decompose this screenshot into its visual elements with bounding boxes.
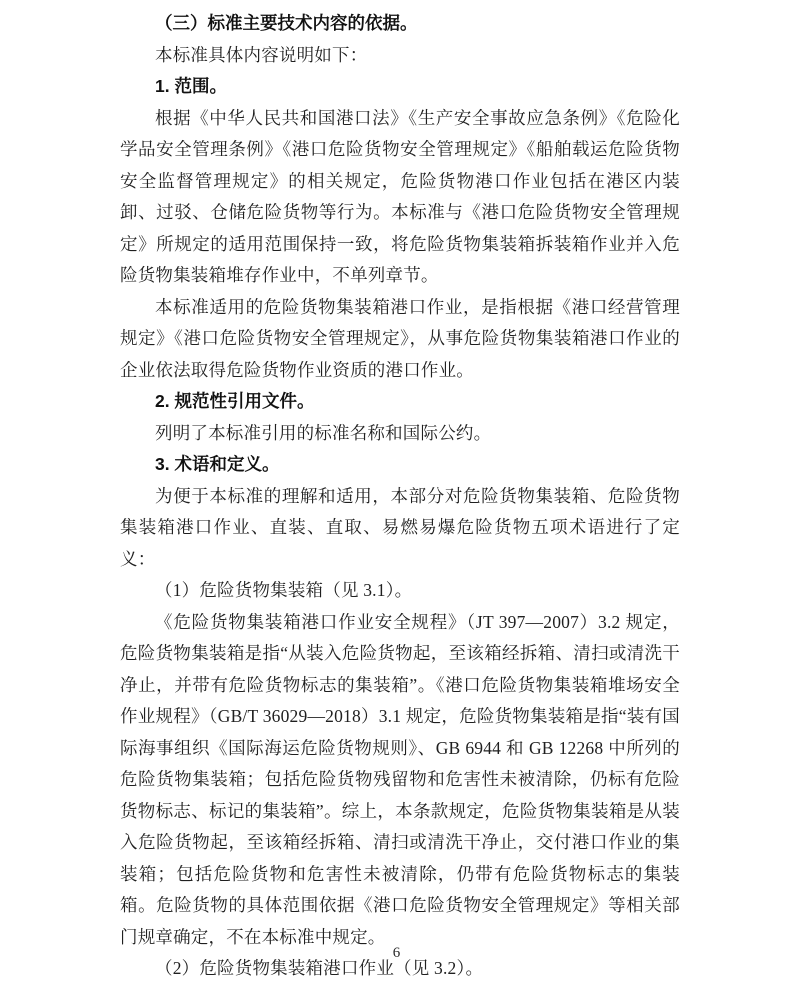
paragraph-term-1-explanation: 《危险货物集装箱港口作业安全规程》（JT 397—2007）3.2 规定，危险货… [120, 607, 680, 954]
section-heading-scope: 1. 范围。 [120, 71, 680, 103]
paragraph-terms-intro: 为便于本标准的理解和适用，本部分对危险货物集装箱、危险货物集装箱港口作业、直装、… [120, 481, 680, 576]
document-content: （三）标准主要技术内容的依据。 本标准具体内容说明如下： 1. 范围。 根据《中… [120, 8, 680, 985]
section-heading-basis: （三）标准主要技术内容的依据。 [120, 8, 680, 40]
document-page: （三）标准主要技术内容的依据。 本标准具体内容说明如下： 1. 范围。 根据《中… [0, 0, 793, 986]
paragraph-intro: 本标准具体内容说明如下： [120, 40, 680, 72]
page-number: 6 [0, 945, 793, 962]
section-heading-normative-references: 2. 规范性引用文件。 [120, 386, 680, 418]
paragraph-term-1-title: （1）危险货物集装箱（见 3.1）。 [120, 575, 680, 607]
paragraph-scope-2: 本标准适用的危险货物集装箱港口作业，是指根据《港口经营管理规定》《港口危险货物安… [120, 292, 680, 387]
paragraph-normative-references: 列明了本标准引用的标准名称和国际公约。 [120, 418, 680, 450]
section-heading-terms-definitions: 3. 术语和定义。 [120, 449, 680, 481]
paragraph-scope-1: 根据《中华人民共和国港口法》《生产安全事故应急条例》《危险化学品安全管理条例》《… [120, 103, 680, 292]
